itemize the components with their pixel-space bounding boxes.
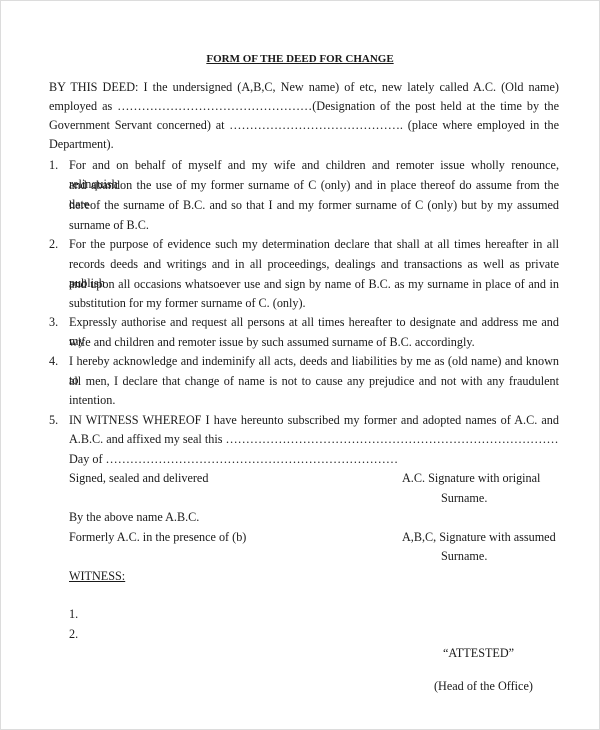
item-number: 5. — [49, 411, 58, 430]
attested-label: “ATTESTED” — [443, 644, 514, 663]
witness-entry: 2. — [69, 625, 78, 644]
item-line: intention. — [69, 391, 115, 410]
surname-label: Surname. — [441, 489, 487, 508]
above-name-label: By the above name A.B.C. — [69, 508, 199, 527]
item-number: 3. — [49, 313, 58, 332]
seal-date-blank: A.B.C. and affixed my seal this ……………………… — [69, 430, 559, 449]
document-page: FORM OF THE DEED FOR CHANGE BY THIS DEED… — [0, 0, 600, 730]
item-line: surname of B.C. — [69, 216, 149, 235]
intro-line: employed as …………………………………………(Designation… — [49, 97, 559, 116]
formerly-label: Formerly A.C. in the presence of (b) — [69, 528, 246, 547]
day-of-blank: Day of ……………………………………………………………… — [69, 450, 398, 469]
item-line: For the purpose of evidence such my dete… — [69, 235, 559, 254]
item-line: wife and children and remoter issue by s… — [69, 333, 475, 352]
item-line: IN WITNESS WHEREOF I have hereunto subsc… — [69, 411, 559, 430]
witness-entry: 1. — [69, 605, 78, 624]
item-number: 4. — [49, 352, 58, 371]
item-number: 2. — [49, 235, 58, 254]
witness-heading: WITNESS: — [69, 567, 125, 586]
item-number: 1. — [49, 156, 58, 175]
intro-line: Government Servant concerned) at …………………… — [49, 116, 559, 135]
surname-label: Surname. — [441, 547, 487, 566]
intro-line: BY THIS DEED: I the undersigned (A,B,C, … — [49, 78, 559, 97]
item-line: substitution for my former surname of C.… — [69, 294, 306, 313]
head-of-office-label: (Head of the Office) — [434, 677, 533, 696]
ac-signature-label: A.C. Signature with original — [402, 469, 540, 488]
item-line: and upon all occasions whatsoever use an… — [69, 275, 559, 294]
signed-sealed-label: Signed, sealed and delivered — [69, 469, 208, 488]
item-line: all men, I declare that change of name i… — [69, 372, 559, 391]
document-title: FORM OF THE DEED FOR CHANGE — [1, 53, 599, 65]
abc-signature-label: A,B,C, Signature with assumed — [402, 528, 556, 547]
item-line: hereof the surname of B.C. and so that I… — [69, 196, 559, 215]
intro-line: Department). — [49, 135, 114, 154]
